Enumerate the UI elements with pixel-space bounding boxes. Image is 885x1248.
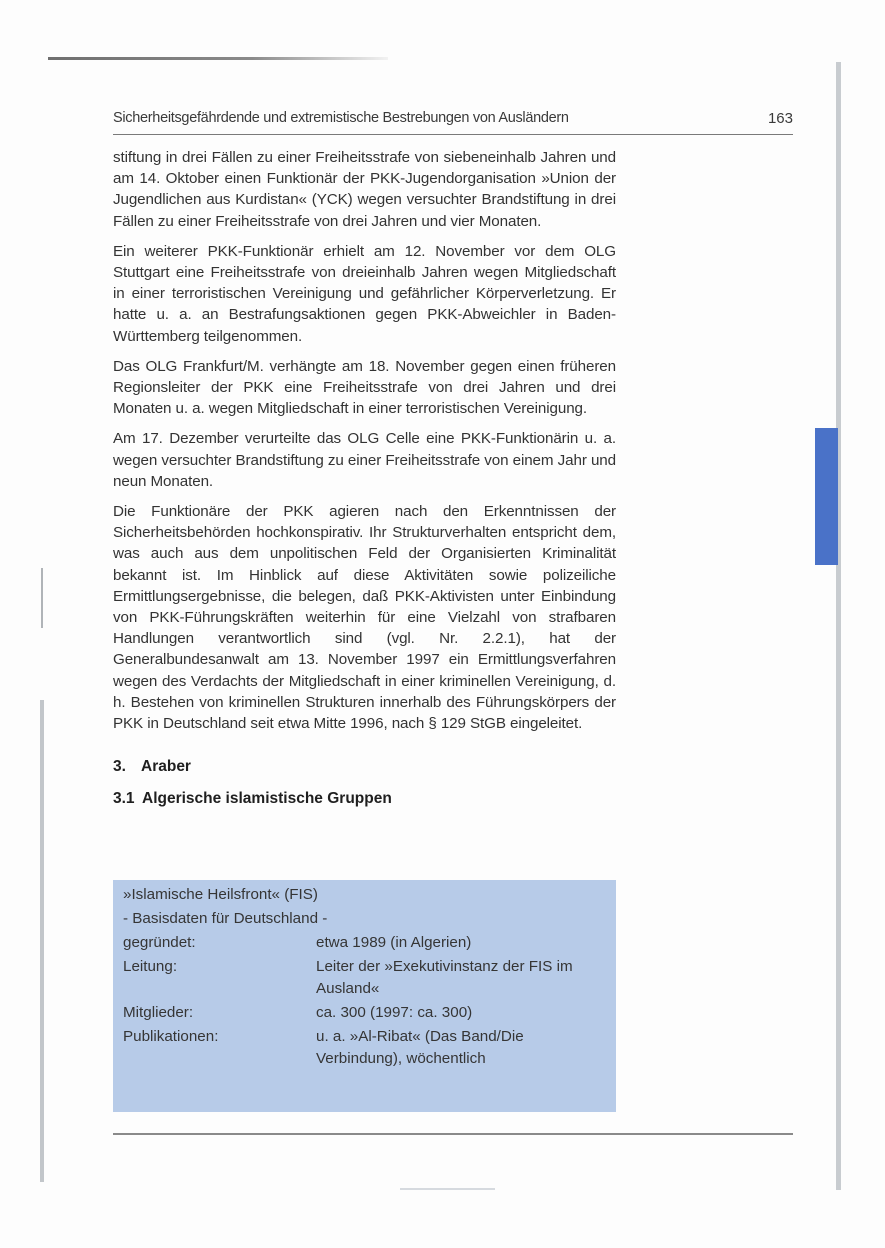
infobox-title: »Islamische Heilsfront« (FIS) (123, 884, 606, 906)
page-right-edge (836, 62, 841, 1190)
infobox-key: Publikationen: (123, 1026, 316, 1070)
infobox-key: Leitung: (123, 956, 316, 1000)
infobox-row-publications: Publikationen: u. a. »Al-Ribat« (Das Ban… (123, 1026, 606, 1070)
page-number: 163 (768, 110, 793, 127)
chapter-side-tab (815, 428, 838, 565)
section-number: 3. (113, 758, 141, 776)
paragraph: Ein weiterer PKK-Funktionär erhielt am 1… (113, 241, 616, 347)
infobox-key: Mitglieder: (123, 1002, 316, 1024)
paragraph: Das OLG Frankfurt/M. verhängte am 18. No… (113, 356, 616, 420)
infobox-row-members: Mitglieder: ca. 300 (1997: ca. 300) (123, 1002, 606, 1024)
page-left-edge-mark (41, 568, 43, 628)
bottom-faint-line (400, 1188, 495, 1190)
top-decorative-rule (48, 57, 388, 60)
subsection-title: Algerische islamistische Gruppen (142, 790, 392, 808)
subsection-number: 3.1 (113, 790, 142, 808)
paragraph: stiftung in drei Fällen zu einer Freihei… (113, 147, 616, 232)
section-heading: 3. Araber (113, 758, 616, 776)
infobox-value: etwa 1989 (in Algerien) (316, 932, 606, 954)
infobox-value: ca. 300 (1997: ca. 300) (316, 1002, 606, 1024)
subsection-heading: 3.1 Algerische islamistische Gruppen (113, 790, 616, 808)
paragraph: Die Funktionäre der PKK agieren nach den… (113, 501, 616, 734)
infobox-row-founded: gegründet: etwa 1989 (in Algerien) (123, 932, 606, 954)
body-text: stiftung in drei Fällen zu einer Freihei… (113, 147, 616, 808)
running-header-title: Sicherheitsgefährdende und extremistisch… (113, 110, 569, 126)
infobox-key: gegründet: (123, 932, 316, 954)
footer-rule (113, 1133, 793, 1135)
fis-info-box: »Islamische Heilsfront« (FIS) - Basisdat… (113, 880, 616, 1112)
running-header: Sicherheitsgefährdende und extremistisch… (113, 108, 793, 135)
page-left-edge (40, 700, 44, 1182)
infobox-value: Leiter der »Exekutivinstanz der FIS im A… (316, 956, 606, 1000)
section-title: Araber (141, 758, 191, 776)
infobox-subtitle: - Basisdaten für Deutschland - (123, 908, 606, 930)
infobox-value: u. a. »Al-Ribat« (Das Band/Die Verbindun… (316, 1026, 606, 1070)
paragraph: Am 17. Dezember verurteilte das OLG Cell… (113, 428, 616, 492)
infobox-row-leadership: Leitung: Leiter der »Exekutivinstanz der… (123, 956, 606, 1000)
